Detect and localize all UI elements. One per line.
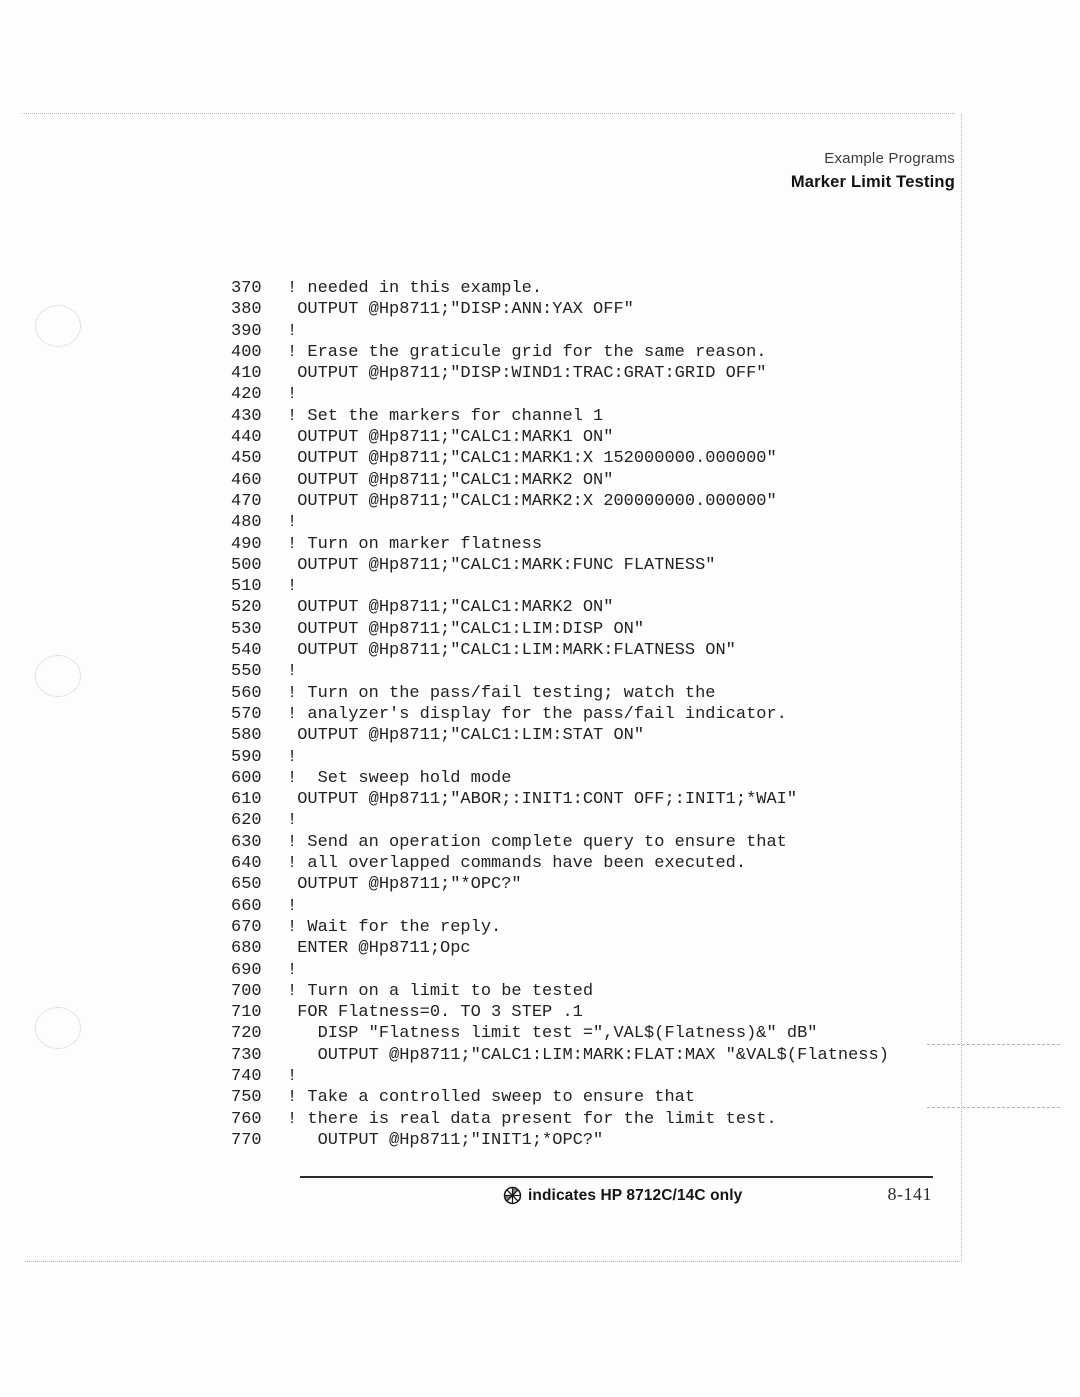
circled-asterisk-icon — [503, 1186, 522, 1205]
line-number: 750 — [231, 1087, 287, 1108]
code-line: 390! — [231, 321, 889, 342]
line-code: OUTPUT @Hp8711;"CALC1:MARK2:X 200000000.… — [287, 491, 777, 512]
line-number: 680 — [231, 938, 287, 959]
line-code: OUTPUT @Hp8711;"DISP:ANN:YAX OFF" — [287, 299, 634, 320]
code-line: 430! Set the markers for channel 1 — [231, 406, 889, 427]
chapter-title: Example Programs — [791, 150, 955, 167]
line-code: ! — [287, 512, 297, 533]
line-code: OUTPUT @Hp8711;"INIT1;*OPC?" — [287, 1130, 603, 1151]
line-number: 660 — [231, 896, 287, 917]
line-code: ENTER @Hp8711;Opc — [287, 938, 471, 959]
line-code: ! Set the markers for channel 1 — [287, 406, 603, 427]
line-number: 400 — [231, 342, 287, 363]
line-code: OUTPUT @Hp8711;"CALC1:LIM:STAT ON" — [287, 725, 644, 746]
code-line: 630! Send an operation complete query to… — [231, 832, 889, 853]
line-number: 370 — [231, 278, 287, 299]
line-code: ! needed in this example. — [287, 278, 542, 299]
line-code: OUTPUT @Hp8711;"ABOR;:INIT1:CONT OFF;:IN… — [287, 789, 797, 810]
footer-note: indicates HP 8712C/14C only — [503, 1186, 742, 1205]
line-number: 410 — [231, 363, 287, 384]
line-code: DISP "Flatness limit test =",VAL$(Flatne… — [287, 1023, 818, 1044]
line-number: 690 — [231, 960, 287, 981]
line-code: OUTPUT @Hp8711;"CALC1:MARK2 ON" — [287, 597, 613, 618]
code-line: 520 OUTPUT @Hp8711;"CALC1:MARK2 ON" — [231, 597, 889, 618]
line-number: 610 — [231, 789, 287, 810]
line-number: 500 — [231, 555, 287, 576]
line-number: 640 — [231, 853, 287, 874]
code-line: 740! — [231, 1066, 889, 1087]
code-line: 660! — [231, 896, 889, 917]
line-code: FOR Flatness=0. TO 3 STEP .1 — [287, 1002, 583, 1023]
line-number: 630 — [231, 832, 287, 853]
line-code: ! — [287, 747, 297, 768]
bottom-dotted-border — [25, 1261, 960, 1262]
line-code: OUTPUT @Hp8711;"CALC1:MARK:FUNC FLATNESS… — [287, 555, 715, 576]
code-line: 710 FOR Flatness=0. TO 3 STEP .1 — [231, 1002, 889, 1023]
line-number: 380 — [231, 299, 287, 320]
code-line: 600! Set sweep hold mode — [231, 768, 889, 789]
code-line: 700! Turn on a limit to be tested — [231, 981, 889, 1002]
code-line: 670! Wait for the reply. — [231, 917, 889, 938]
code-line: 420! — [231, 384, 889, 405]
line-number: 730 — [231, 1045, 287, 1066]
line-code: ! Turn on the pass/fail testing; watch t… — [287, 683, 715, 704]
line-code: ! — [287, 321, 297, 342]
code-line: 400! Erase the graticule grid for the sa… — [231, 342, 889, 363]
line-number: 570 — [231, 704, 287, 725]
line-code: OUTPUT @Hp8711;"CALC1:LIM:DISP ON" — [287, 619, 644, 640]
code-line: 640! all overlapped commands have been e… — [231, 853, 889, 874]
line-code: ! Set sweep hold mode — [287, 768, 511, 789]
section-title: Marker Limit Testing — [791, 173, 955, 192]
line-number: 560 — [231, 683, 287, 704]
code-line: 490! Turn on marker flatness — [231, 534, 889, 555]
line-number: 460 — [231, 470, 287, 491]
code-line: 770 OUTPUT @Hp8711;"INIT1;*OPC?" — [231, 1130, 889, 1151]
code-line: 690! — [231, 960, 889, 981]
line-code: OUTPUT @Hp8711;"CALC1:LIM:MARK:FLATNESS … — [287, 640, 736, 661]
line-number: 420 — [231, 384, 287, 405]
line-number: 720 — [231, 1023, 287, 1044]
line-code: ! — [287, 896, 297, 917]
code-line: 570! analyzer's display for the pass/fai… — [231, 704, 889, 725]
code-line: 500 OUTPUT @Hp8711;"CALC1:MARK:FUNC FLAT… — [231, 555, 889, 576]
line-number: 540 — [231, 640, 287, 661]
right-dotted-border — [961, 114, 962, 1262]
line-code: ! Turn on marker flatness — [287, 534, 542, 555]
code-line: 440 OUTPUT @Hp8711;"CALC1:MARK1 ON" — [231, 427, 889, 448]
code-line: 760! there is real data present for the … — [231, 1109, 889, 1130]
line-number: 740 — [231, 1066, 287, 1087]
code-line: 480! — [231, 512, 889, 533]
code-line: 560! Turn on the pass/fail testing; watc… — [231, 683, 889, 704]
line-number: 670 — [231, 917, 287, 938]
line-number: 550 — [231, 661, 287, 682]
line-code: ! — [287, 661, 297, 682]
punch-hole-ghost-1 — [35, 305, 81, 347]
line-code: ! — [287, 810, 297, 831]
line-code: ! Wait for the reply. — [287, 917, 501, 938]
line-number: 450 — [231, 448, 287, 469]
line-number: 530 — [231, 619, 287, 640]
line-code: ! all overlapped commands have been exec… — [287, 853, 746, 874]
line-code: OUTPUT @Hp8711;"DISP:WIND1:TRAC:GRAT:GRI… — [287, 363, 766, 384]
line-number: 710 — [231, 1002, 287, 1023]
code-line: 380 OUTPUT @Hp8711;"DISP:ANN:YAX OFF" — [231, 299, 889, 320]
line-code: ! — [287, 960, 297, 981]
line-number: 480 — [231, 512, 287, 533]
code-line: 550! — [231, 661, 889, 682]
scanned-manual-page: Example Programs Marker Limit Testing 37… — [0, 0, 1080, 1397]
code-line: 470 OUTPUT @Hp8711;"CALC1:MARK2:X 200000… — [231, 491, 889, 512]
line-number: 590 — [231, 747, 287, 768]
line-code: ! — [287, 384, 297, 405]
line-code: OUTPUT @Hp8711;"CALC1:MARK2 ON" — [287, 470, 613, 491]
line-number: 520 — [231, 597, 287, 618]
program-listing: 370! needed in this example.380 OUTPUT @… — [231, 278, 889, 1151]
code-line: 590! — [231, 747, 889, 768]
margin-dash-mark-2 — [927, 1107, 1060, 1108]
code-line: 720 DISP "Flatness limit test =",VAL$(Fl… — [231, 1023, 889, 1044]
punch-hole-ghost-2 — [35, 655, 81, 697]
line-code: ! there is real data present for the lim… — [287, 1109, 777, 1130]
line-number: 580 — [231, 725, 287, 746]
line-code: OUTPUT @Hp8711;"CALC1:MARK1 ON" — [287, 427, 613, 448]
line-number: 600 — [231, 768, 287, 789]
top-dotted-border — [22, 113, 955, 114]
line-code: ! Take a controlled sweep to ensure that — [287, 1087, 695, 1108]
line-number: 390 — [231, 321, 287, 342]
line-code: ! — [287, 1066, 297, 1087]
margin-dash-mark-1 — [927, 1044, 1060, 1045]
footer-note-label: indicates HP 8712C/14C only — [528, 1187, 742, 1205]
code-line: 370! needed in this example. — [231, 278, 889, 299]
code-line: 620! — [231, 810, 889, 831]
code-line: 460 OUTPUT @Hp8711;"CALC1:MARK2 ON" — [231, 470, 889, 491]
line-number: 760 — [231, 1109, 287, 1130]
code-line: 450 OUTPUT @Hp8711;"CALC1:MARK1:X 152000… — [231, 448, 889, 469]
line-number: 650 — [231, 874, 287, 895]
line-code: ! — [287, 576, 297, 597]
line-number: 700 — [231, 981, 287, 1002]
code-line: 650 OUTPUT @Hp8711;"*OPC?" — [231, 874, 889, 895]
line-number: 440 — [231, 427, 287, 448]
punch-hole-ghost-3 — [35, 1007, 81, 1049]
page-header: Example Programs Marker Limit Testing — [791, 150, 955, 192]
footer-rule — [300, 1176, 933, 1178]
code-line: 730 OUTPUT @Hp8711;"CALC1:LIM:MARK:FLAT:… — [231, 1045, 889, 1066]
line-code: OUTPUT @Hp8711;"*OPC?" — [287, 874, 522, 895]
line-number: 470 — [231, 491, 287, 512]
line-code: ! Send an operation complete query to en… — [287, 832, 787, 853]
line-code: OUTPUT @Hp8711;"CALC1:LIM:MARK:FLAT:MAX … — [287, 1045, 889, 1066]
line-code: ! Turn on a limit to be tested — [287, 981, 593, 1002]
code-line: 510! — [231, 576, 889, 597]
line-code: ! analyzer's display for the pass/fail i… — [287, 704, 787, 725]
line-number: 620 — [231, 810, 287, 831]
code-line: 680 ENTER @Hp8711;Opc — [231, 938, 889, 959]
code-line: 580 OUTPUT @Hp8711;"CALC1:LIM:STAT ON" — [231, 725, 889, 746]
line-number: 510 — [231, 576, 287, 597]
code-line: 540 OUTPUT @Hp8711;"CALC1:LIM:MARK:FLATN… — [231, 640, 889, 661]
code-line: 750! Take a controlled sweep to ensure t… — [231, 1087, 889, 1108]
line-number: 490 — [231, 534, 287, 555]
code-line: 610 OUTPUT @Hp8711;"ABOR;:INIT1:CONT OFF… — [231, 789, 889, 810]
line-number: 770 — [231, 1130, 287, 1151]
code-line: 530 OUTPUT @Hp8711;"CALC1:LIM:DISP ON" — [231, 619, 889, 640]
line-code: ! Erase the graticule grid for the same … — [287, 342, 766, 363]
page-number: 8-141 — [888, 1184, 933, 1205]
code-line: 410 OUTPUT @Hp8711;"DISP:WIND1:TRAC:GRAT… — [231, 363, 889, 384]
line-code: OUTPUT @Hp8711;"CALC1:MARK1:X 152000000.… — [287, 448, 777, 469]
line-number: 430 — [231, 406, 287, 427]
